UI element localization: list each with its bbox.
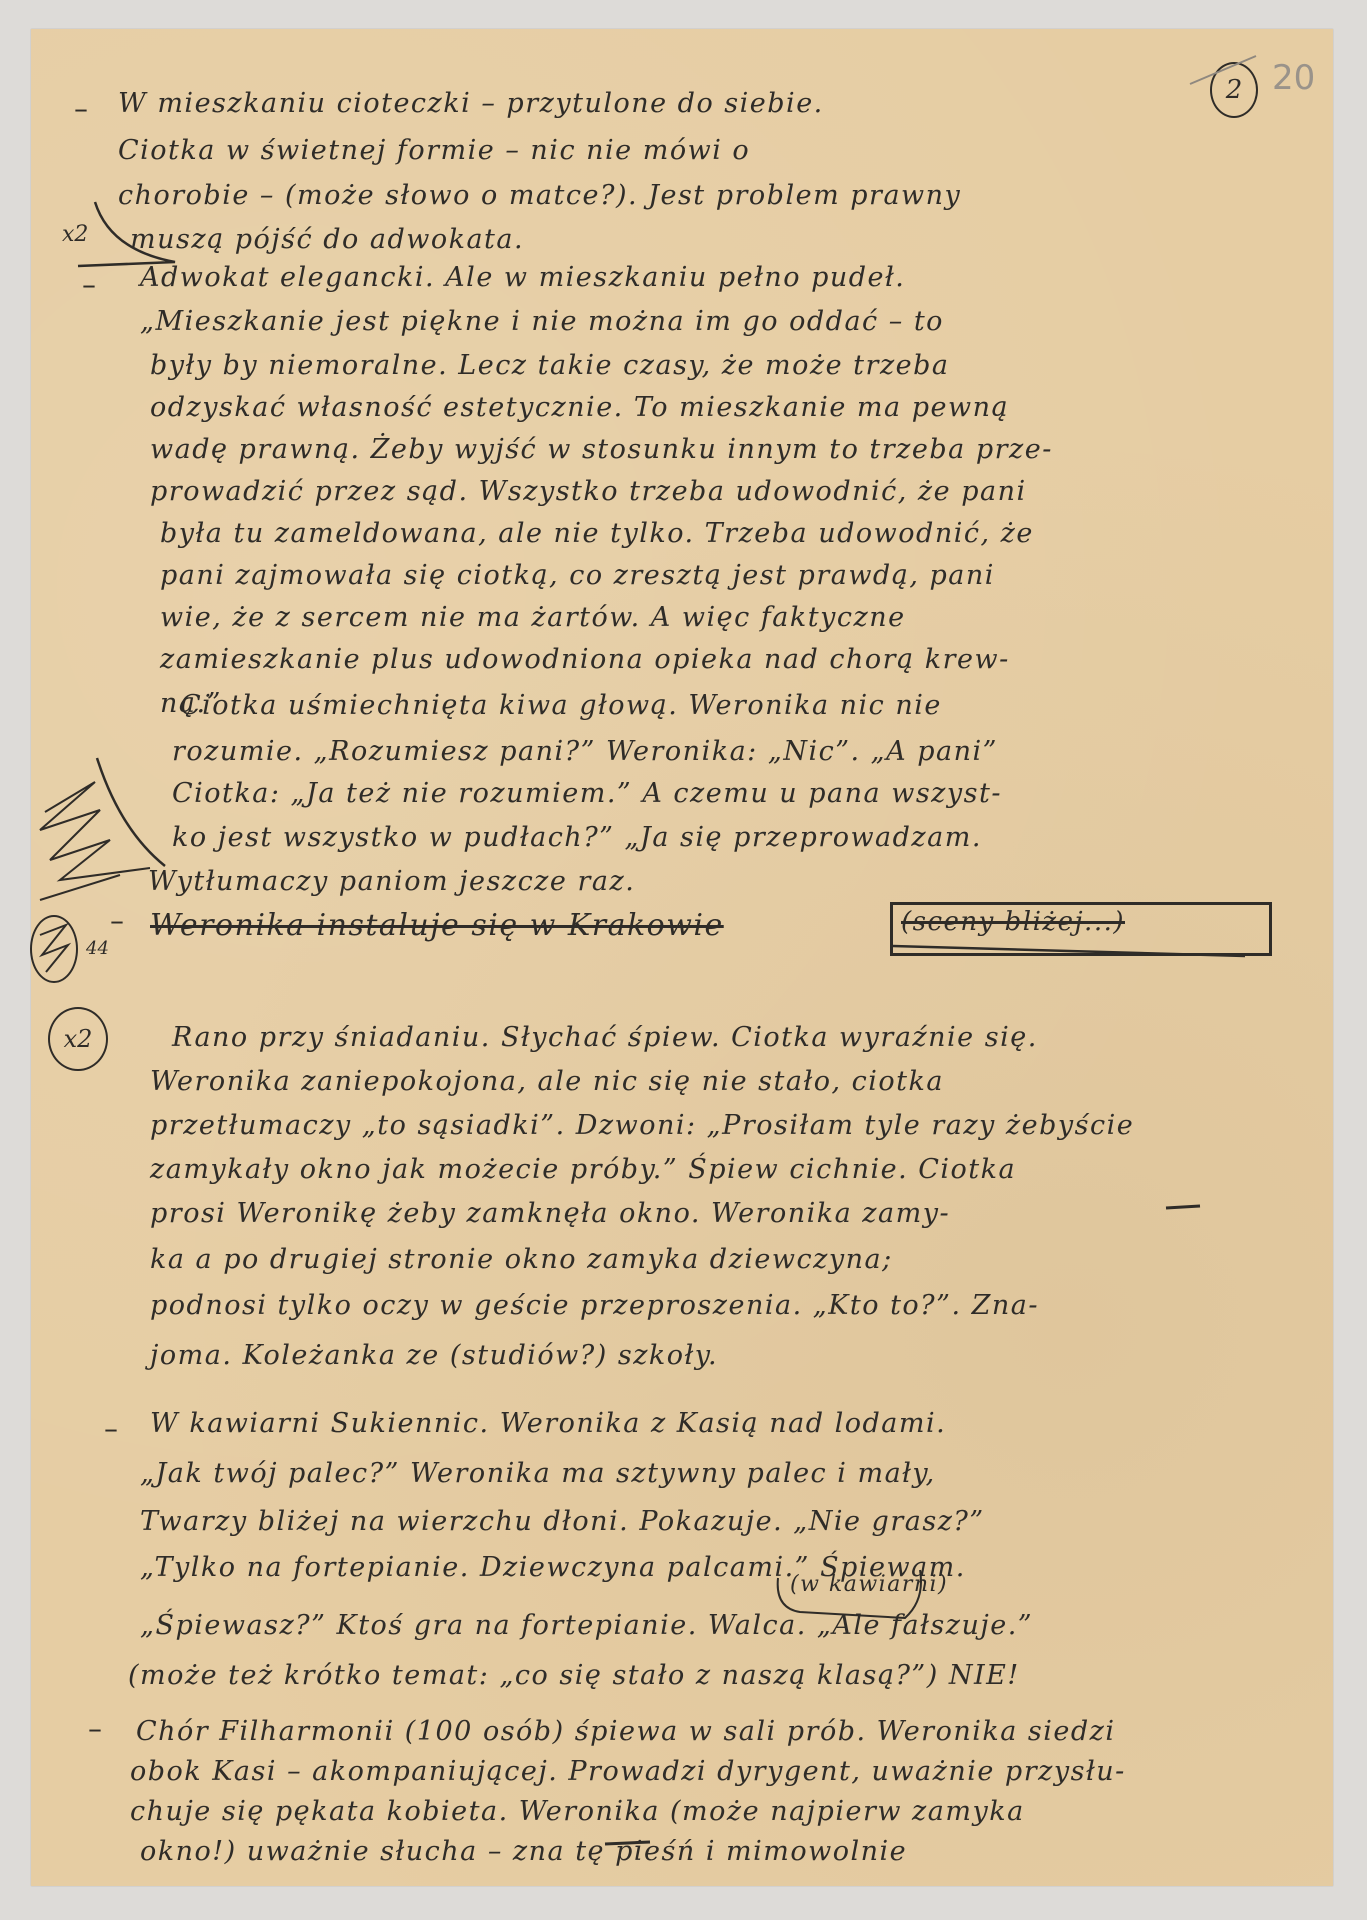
text-line: wie, że z sercem nie ma żartów. A więc f… xyxy=(160,602,906,633)
crossed-out-circle-mark xyxy=(30,915,78,983)
text-line: Ciotka uśmiechnięta kiwa głową. Weronika… xyxy=(180,690,942,721)
boxed-note-text: (sceny bliżej...) xyxy=(901,907,1125,937)
circled-page-number: 2 xyxy=(1210,62,1258,118)
bullet-dash: – xyxy=(110,904,124,937)
text-line: prosi Weronikę żeby zamknęła okno. Weron… xyxy=(150,1198,950,1229)
text-line: ka a po drugiej stronie okno zamyka dzie… xyxy=(150,1244,893,1275)
margin-note-44: 44 xyxy=(86,938,109,959)
text-line: Weronika zaniepokojona, ale nic się nie … xyxy=(150,1066,944,1097)
insertion-note: (w kawiarni) xyxy=(790,1572,948,1597)
bullet-dash: – xyxy=(104,1412,118,1445)
text-line: rozumie. „Rozumiesz pani?” Weronika: „Ni… xyxy=(172,736,998,767)
bullet-dash: – xyxy=(74,92,88,125)
text-line: chorobie – (może słowo o matce?). Jest p… xyxy=(118,180,961,211)
text-line: joma. Koleżanka ze (studiów?) szkoły. xyxy=(150,1340,718,1371)
text-line: była tu zameldowana, ale nie tylko. Trze… xyxy=(160,518,1034,549)
text-line: Ciotka w świetnej formie – nic nie mówi … xyxy=(118,135,750,166)
text-line: (może też krótko temat: „co się stało z … xyxy=(128,1660,1020,1691)
text-line: Adwokat elegancki. Ale w mieszkaniu pełn… xyxy=(140,262,905,293)
margin-mark-x2: x2 xyxy=(62,222,88,247)
bullet-dash: – xyxy=(82,268,96,301)
text-line: Twarzy bliżej na wierzchu dłoni. Pokazuj… xyxy=(140,1506,985,1537)
bullet-dash: – xyxy=(88,1712,102,1745)
text-line: ko jest wszystko w pudłach?” „Ja się prz… xyxy=(172,822,982,853)
text-line: muszą pójść do adwokata. xyxy=(130,224,524,255)
text-line: wadę prawną. Żeby wyjść w stosunku innym… xyxy=(150,434,1053,465)
text-line: „Jak twój palec?” Weronika ma sztywny pa… xyxy=(140,1458,936,1489)
boxed-struck-note: (sceny bliżej...) xyxy=(890,902,1272,956)
text-line: przetłumaczy „to sąsiadki”. Dzwoni: „Pro… xyxy=(150,1110,1134,1141)
text-line: były by niemoralne. Lecz takie czasy, że… xyxy=(150,350,950,381)
text-line: podnosi tylko oczy w geście przeproszeni… xyxy=(150,1290,1039,1321)
text-line: zamieszkanie plus udowodniona opieka nad… xyxy=(160,644,1010,675)
struck-out-line: Weronika instaluje się w Krakowie xyxy=(150,908,724,943)
text-line: Wytłumaczy paniom jeszcze raz. xyxy=(148,866,635,897)
text-line: obok Kasi – akompaniującej. Prowadzi dyr… xyxy=(130,1756,1126,1787)
text-line: „Mieszkanie jest piękne i nie można im g… xyxy=(140,306,944,337)
text-line: chuje się pękata kobieta. Weronika (może… xyxy=(130,1796,1025,1827)
page-number-text: 2 xyxy=(1226,75,1243,105)
text-line: W mieszkaniu cioteczki – przytulone do s… xyxy=(118,88,824,119)
circled-x2-marker: x2 xyxy=(48,1007,108,1071)
text-line: okno!) uważnie słucha – zna tę pieśń i m… xyxy=(140,1836,907,1867)
text-line: odzyskać własność estetycznie. To mieszk… xyxy=(150,392,1009,423)
text-line: Ciotka: „Ja też nie rozumiem.” A czemu u… xyxy=(172,778,1002,809)
text-line: W kawiarni Sukiennic. Weronika z Kasią n… xyxy=(150,1408,946,1439)
text-line: prowadzić przez sąd. Wszystko trzeba udo… xyxy=(150,476,1027,507)
x2-marker-text: x2 xyxy=(64,1025,93,1053)
text-line: Chór Filharmonii (100 osób) śpiewa w sal… xyxy=(136,1716,1116,1747)
archive-page-number: 20 xyxy=(1272,58,1315,98)
text-line: zamykały okno jak możecie próby.” Śpiew … xyxy=(150,1154,1016,1185)
text-line: Rano przy śniadaniu. Słychać śpiew. Ciot… xyxy=(172,1022,1038,1053)
text-line: „Śpiewasz?” Ktoś gra na fortepianie. Wal… xyxy=(140,1610,1033,1641)
text-line: pani zajmowała się ciotką, co zresztą je… xyxy=(160,560,995,591)
